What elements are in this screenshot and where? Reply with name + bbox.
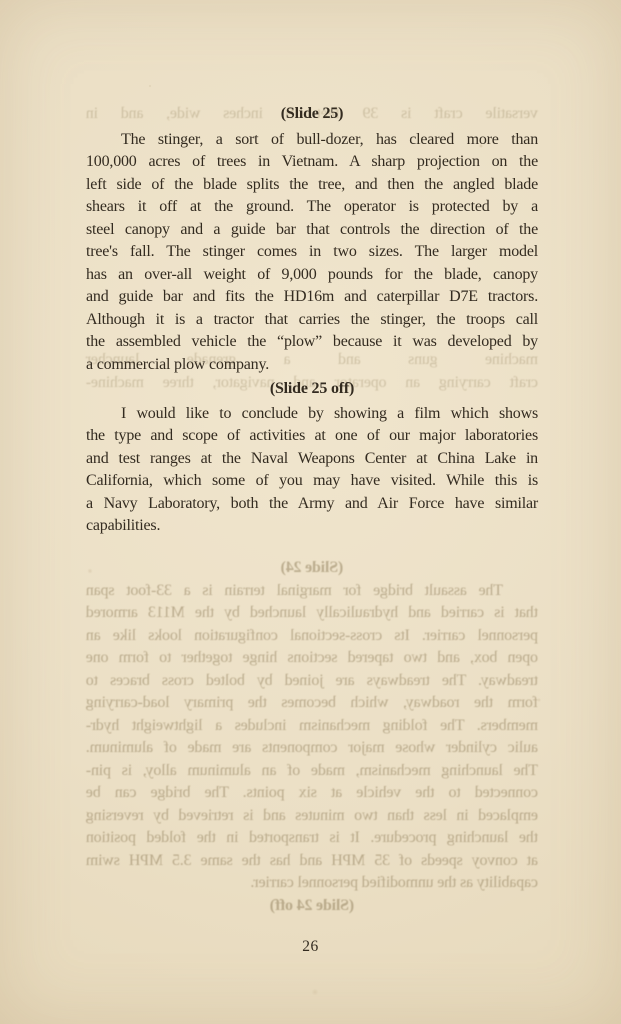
bleed-line: aulic cylinder whose major components ar… [86, 737, 538, 760]
paragraph-line: steel canopy and a guide bar that contro… [86, 219, 538, 242]
bleed-line: capability as the unmodified personnel c… [86, 872, 538, 895]
paragraph-line: California, which some of you may have v… [86, 470, 538, 493]
bleed-line: The assault bridge for marginal terrain … [86, 580, 538, 603]
paragraph-line: Although it is a tractor that carries th… [86, 309, 538, 332]
bleed-slide24-heading: (Slide 24) [86, 557, 538, 580]
bleed-through-main: (Slide 24) The assault bridge for margin… [86, 557, 538, 917]
bleed-line: connected to the vehicle at six points. … [86, 782, 538, 805]
paragraph-line: the assembled vehicle the “plow” because… [86, 331, 538, 354]
bleed-slide24off-heading: (Slide 24 off) [86, 895, 538, 918]
slide25-heading: (Slide 25) [86, 103, 538, 126]
paragraph-line: the type and scope of activities at one … [86, 425, 538, 448]
bleed-line: personnel carrier. Its cross-sectional c… [86, 625, 538, 648]
paragraph-line: has an over-all weight of 9,000 pounds f… [86, 264, 538, 287]
bleed-line: that is carried and hydraulically launch… [86, 602, 538, 625]
main-text-block: (Slide 25) The stinger, a sort of bull-d… [86, 103, 538, 538]
page-number: 26 [0, 938, 621, 956]
paragraph-line: shears it off at the ground. The operato… [86, 196, 538, 219]
bleed-line: the launching procedure. It is transport… [86, 827, 538, 850]
book-page-scan: versatile craft is 39 feet 9 inches wide… [0, 0, 621, 1024]
bleed-line: at convoy speeds of 35 MPH and has the s… [86, 850, 538, 873]
bleed-line: members. The folding mechanism includes … [86, 715, 538, 738]
bleed-line: open box, and two tapered sections hinge… [86, 647, 538, 670]
bleed-line: The launching mechanism, made of an alum… [86, 760, 538, 783]
paragraph-line: The stinger, a sort of bull-dozer, has c… [86, 129, 538, 152]
paragraph-line: capabilities. [86, 515, 538, 538]
paragraph-line: and guide bar and fits the HD16m and cat… [86, 286, 538, 309]
paragraph-line: a commercial plow company. [86, 354, 538, 377]
paragraph-line: left side of the blade splits the tree, … [86, 174, 538, 197]
bleed-line: form the roadway, which becomes the prim… [86, 692, 538, 715]
slide25off-heading: (Slide 25 off) [86, 378, 538, 401]
paragraph-line: and test ranges at the Naval Weapons Cen… [86, 448, 538, 471]
paragraph-line: 100,000 acres of trees in Vietnam. A sha… [86, 151, 538, 174]
paragraph-line: a Navy Laboratory, both the Army and Air… [86, 493, 538, 516]
bleed-line: treadway. The treadways are joined by bo… [86, 670, 538, 693]
paragraph-line: I would like to conclude by showing a fi… [86, 403, 538, 426]
paragraph-line: tree's fall. The stinger comes in two si… [86, 241, 538, 264]
bleed-line: emplaced in less than two minutes and is… [86, 805, 538, 828]
